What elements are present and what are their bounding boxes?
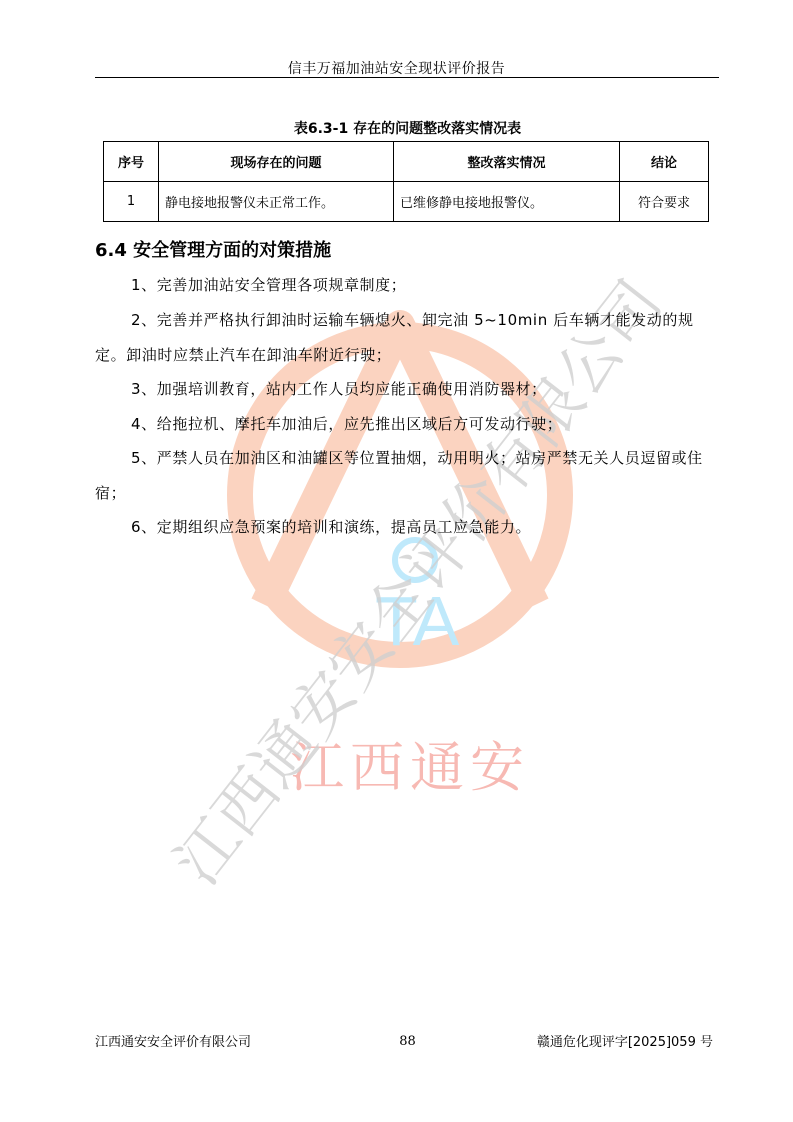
table-row: 1 静电接地报警仪未正常工作。 已维修静电接地报警仪。 符合要求 bbox=[104, 182, 709, 222]
page-header-title: 信丰万福加油站安全现状评价报告 bbox=[0, 58, 793, 78]
measure-item-4: 4、给拖拉机、摩托车加油后，应先推出区域后方可发动行驶； bbox=[95, 407, 719, 442]
header-divider bbox=[95, 77, 719, 78]
table-header-row: 序号 现场存在的问题 整改落实情况 结论 bbox=[104, 142, 709, 182]
measure-item-5: 5、严禁人员在加油区和油罐区等位置抽烟，动用明火；站房严禁无关人员逗留或住宿； bbox=[95, 441, 719, 510]
column-header-rectification: 整改落实情况 bbox=[394, 142, 620, 182]
cell-no: 1 bbox=[104, 182, 159, 222]
watermark-brand-text: 江西通安 bbox=[290, 725, 530, 802]
section-heading: 6.4 安全管理方面的对策措施 bbox=[95, 236, 331, 262]
column-header-problem: 现场存在的问题 bbox=[159, 142, 394, 182]
footer-doc-number: 赣通危化现评字[2025]059 号 bbox=[537, 1031, 713, 1050]
measure-item-2: 2、完善并严格执行卸油时运输车辆熄火、卸完油 5~10min 后车辆才能发动的规… bbox=[95, 303, 719, 372]
column-header-conclusion: 结论 bbox=[620, 142, 709, 182]
measure-item-6: 6、定期组织应急预案的培训和演练，提高员工应急能力。 bbox=[95, 510, 719, 545]
cell-problem: 静电接地报警仪未正常工作。 bbox=[159, 182, 394, 222]
cell-rectification: 已维修静电接地报警仪。 bbox=[394, 182, 620, 222]
measure-item-3: 3、加强培训教育，站内工作人员均应能正确使用消防器材； bbox=[95, 372, 719, 407]
measure-item-1: 1、完善加油站安全管理各项规章制度； bbox=[95, 268, 719, 303]
table-caption: 表6.3-1 存在的问题整改落实情况表 bbox=[0, 118, 793, 138]
cell-conclusion: 符合要求 bbox=[620, 182, 709, 222]
svg-text:TA: TA bbox=[375, 582, 460, 660]
column-header-no: 序号 bbox=[104, 142, 159, 182]
rectification-table: 序号 现场存在的问题 整改落实情况 结论 1 静电接地报警仪未正常工作。 已维修… bbox=[103, 141, 709, 222]
